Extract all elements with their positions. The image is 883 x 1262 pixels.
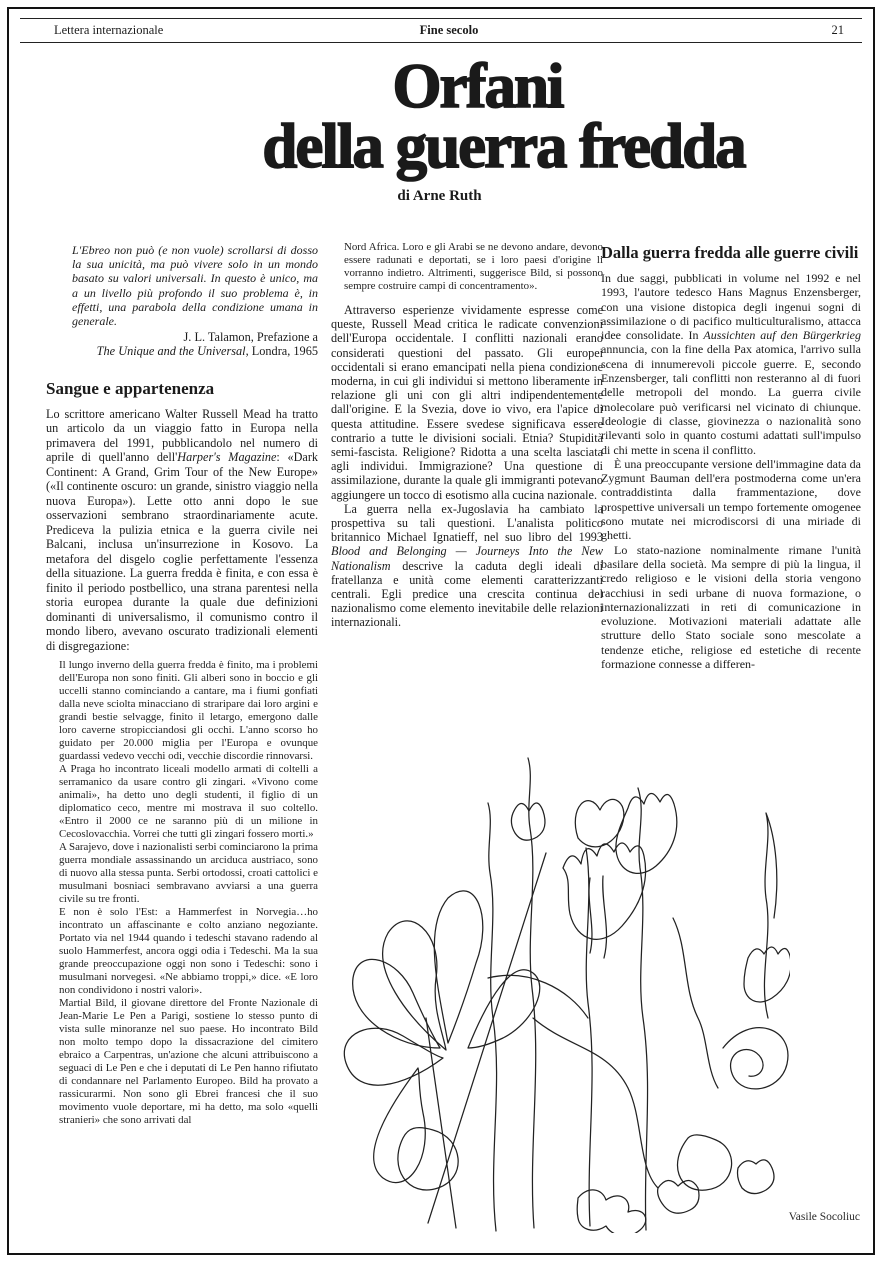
section-heading-guerre-civili: Dalla guerra fredda alle guerre civili: [601, 243, 861, 263]
section-name: Fine secolo: [317, 23, 580, 38]
epigraph-attribution: J. L. Talamon, Prefazione a The Unique a…: [72, 330, 318, 358]
paragraph-text: : «Dark Continent: A Grand, Grim Tour of…: [46, 450, 318, 653]
quote-paragraph: A Praga ho incontrato liceali modello ar…: [59, 763, 318, 841]
paragraph: Lo stato-nazione nominalmente rimane l'u…: [601, 543, 861, 672]
attribution-author: J. L. Talamon, Prefazione a: [184, 330, 318, 344]
illustration-credit: Vasile Socoliuc: [700, 1211, 860, 1223]
paragraph: La guerra nella ex-Jugoslavia ha cambiat…: [331, 502, 603, 630]
attribution-book-title: The Unique and the Universal: [97, 344, 246, 358]
byline: di Arne Ruth: [0, 188, 881, 205]
flowers-line-drawing: [328, 718, 790, 1233]
block-quote-continuation: Nord Africa. Loro e gli Arabi se ne devo…: [344, 241, 603, 293]
quote-paragraph: Il lungo inverno della guerra fredda è f…: [59, 659, 318, 763]
quote-paragraph: Martial Bild, il giovane direttore del F…: [59, 997, 318, 1127]
quote-paragraph: E non è solo l'Est: a Hammerfest in Norv…: [59, 906, 318, 997]
paragraph: In due saggi, pubblicati in volume nel 1…: [601, 271, 861, 457]
plant-line-art-illustration: [328, 718, 790, 1233]
page-number: 21: [581, 23, 844, 38]
article-title-block: Orfani della guerra fredda di Arne Ruth: [0, 56, 883, 205]
paragraph: È una preoccupante versione dell'immagin…: [601, 457, 861, 543]
middle-column: Nord Africa. Loro e gli Arabi se ne devo…: [331, 241, 603, 630]
paragraph-text: La guerra nella ex-Jugoslavia ha cambiat…: [331, 502, 603, 544]
left-column: L'Ebreo non può (e non vuole) scrollarsi…: [46, 243, 318, 1127]
block-quote: Il lungo inverno della guerra fredda è f…: [59, 659, 318, 1127]
article-title-line1: Orfani: [36, 56, 883, 116]
journal-name: Lettera internazionale: [54, 23, 317, 38]
paragraph: Attraverso esperienze vividamente espres…: [331, 303, 603, 502]
section-heading-sangue: Sangue e appartenenza: [46, 379, 318, 399]
cited-title: Harper's Magazine: [177, 450, 276, 464]
quote-paragraph: Nord Africa. Loro e gli Arabi se ne devo…: [344, 241, 603, 293]
paragraph: Lo scrittore americano Walter Russell Me…: [46, 407, 318, 654]
quote-paragraph: A Sarajevo, dove i nazionalisti serbi co…: [59, 841, 318, 906]
attribution-source-rest: , Londra, 1965: [246, 344, 318, 358]
running-header: Lettera internazionale Fine secolo 21: [20, 18, 862, 43]
right-column: Dalla guerra fredda alle guerre civili I…: [601, 243, 861, 671]
paragraph-text: annuncia, con la fine della Pax atomica,…: [601, 342, 861, 456]
cited-title: Aussichten auf den Bürgerkrieg: [703, 328, 861, 342]
epigraph: L'Ebreo non può (e non vuole) scrollarsi…: [72, 243, 318, 328]
magazine-page: { "header": { "journal": "Lettera intern…: [0, 0, 883, 1262]
article-title-line2: della guerra fredda: [62, 116, 883, 176]
